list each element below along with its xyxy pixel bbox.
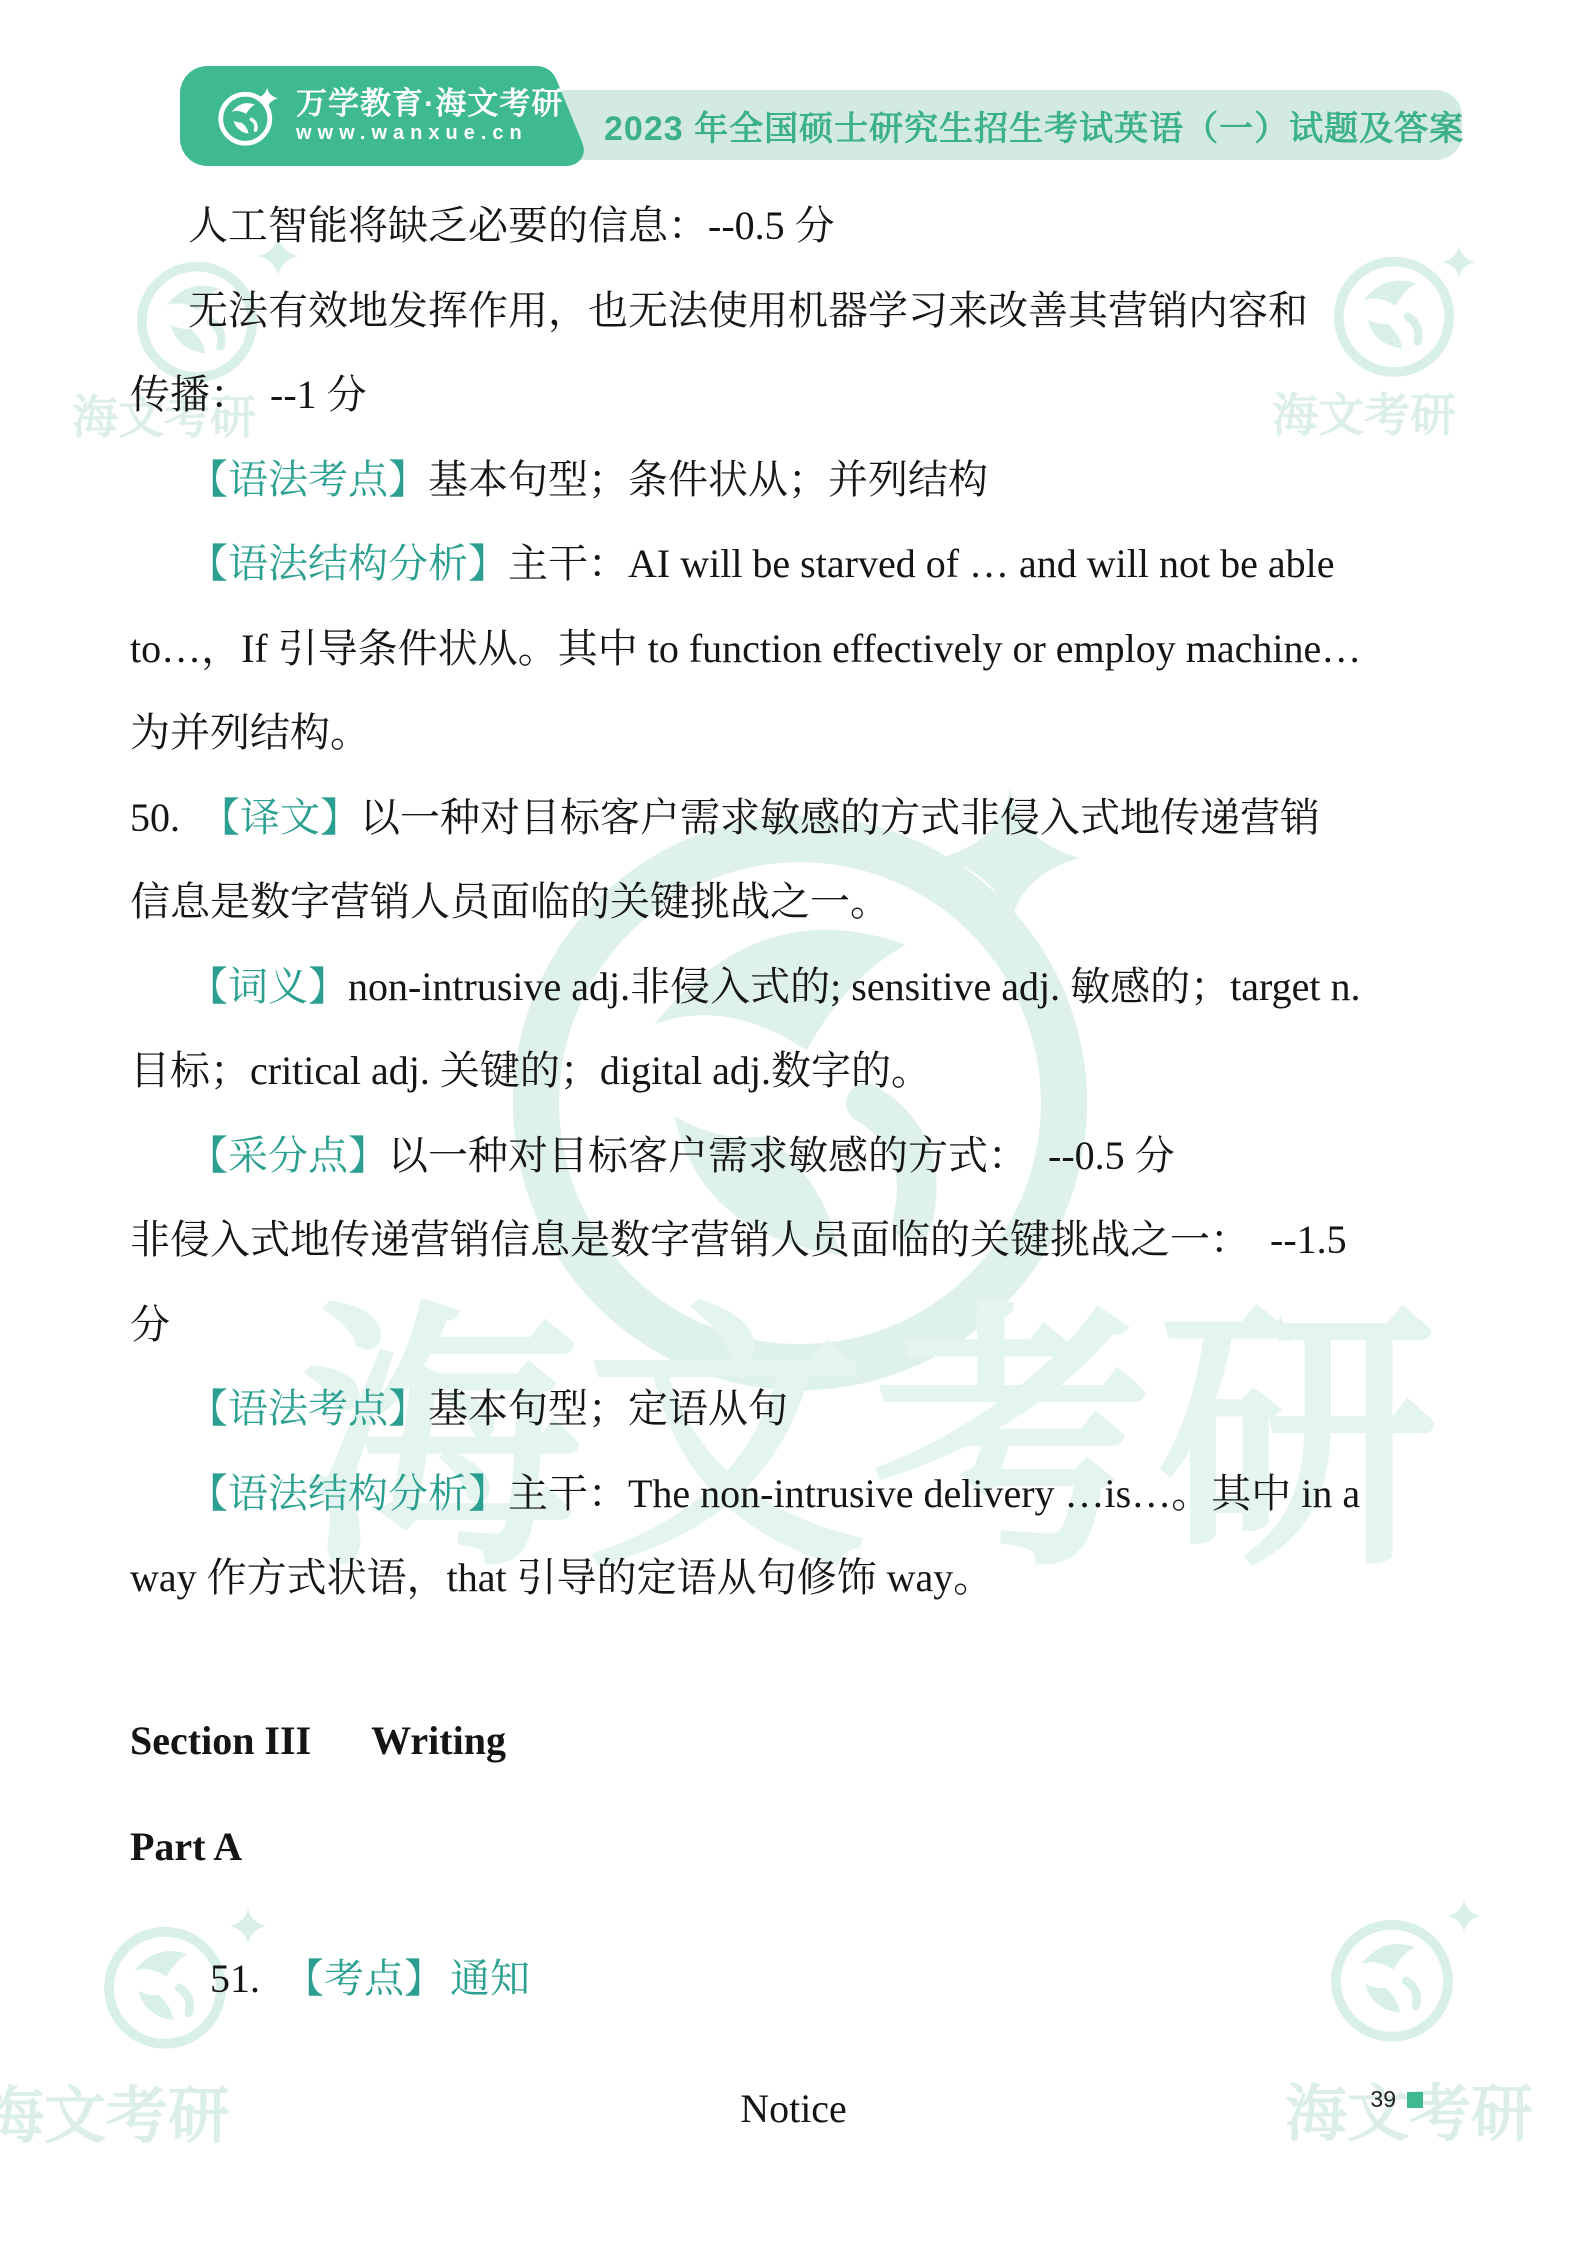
text-segment: 以一种对目标客户需求敏感的方式非侵入式地传递营销 (360, 795, 1320, 840)
document-line: to…，If 引导条件状从。其中 to function effectively… (130, 607, 1457, 692)
bracket-tag-label: 【语法结构分析】 (188, 1471, 508, 1516)
text-segment: 以一种对目标客户需求敏感的方式： --0.5 分 (388, 1133, 1175, 1178)
document-line: 【词义】non-intrusive adj.非侵入式的; sensitive a… (130, 945, 1457, 1030)
part-heading: Part A (130, 1823, 1457, 1871)
document-line: 【语法结构分析】主干：AI will be starved of … and w… (130, 522, 1457, 607)
document-line: 50.【译文】以一种对目标客户需求敏感的方式非侵入式地传递营销 (130, 776, 1457, 861)
text-segment: 信息是数字营销人员面临的关键挑战之一。 (130, 879, 890, 924)
document-line: 目标；critical adj. 关键的；digital adj.数字的。 (130, 1029, 1457, 1114)
document-line: 【采分点】以一种对目标客户需求敏感的方式： --0.5 分 (130, 1114, 1457, 1199)
bracket-tag-label: 【词义】 (188, 964, 348, 1009)
brand-name: 万学教育·海文考研 (296, 87, 563, 121)
bracket-tag-label: 【译文】 (200, 795, 360, 840)
text-segment: way 作方式状语，that 引导的定语从句修饰 way。 (130, 1555, 993, 1600)
text-segment: 基本句型；条件状从；并列结构 (428, 457, 988, 502)
notice-title: Notice (130, 2085, 1457, 2133)
brand-logo-icon (214, 82, 282, 150)
document-line: 非侵入式地传递营销信息是数字营销人员面临的关键挑战之一： --1.5 (130, 1198, 1457, 1283)
text-segment: 为并列结构。 (130, 710, 370, 755)
text-segment: 非侵入式地传递营销信息是数字营销人员面临的关键挑战之一： --1.5 (130, 1217, 1347, 1262)
item-number: 51. (210, 1956, 260, 2001)
document-line: 【语法考点】基本句型；定语从句 (130, 1367, 1457, 1452)
text-segment: 无法有效地发挥作用，也无法使用机器学习来改善其营销内容和 (188, 288, 1308, 333)
text-segment: 主干：AI will be starved of … and will not … (508, 541, 1334, 586)
text-segment: 分 (130, 1302, 170, 1347)
section-heading: Section IIIWriting (130, 1717, 1457, 1765)
bracket-tag-label: 【语法结构分析】 (188, 541, 508, 586)
text-segment: 人工智能将缺乏必要的信息：--0.5 分 (188, 203, 835, 248)
document-line: 【语法结构分析】主干：The non-intrusive delivery …i… (130, 1452, 1457, 1537)
writing-section: Section IIIWriting Part A 51.【考点】通知 Noti… (130, 1717, 1457, 2133)
document-line: 传播： --1 分 (130, 353, 1457, 438)
document-line: 信息是数字营销人员面临的关键挑战之一。 (130, 860, 1457, 945)
document-line: 【语法考点】基本句型；条件状从；并列结构 (130, 438, 1457, 523)
text-segment: to…，If 引导条件状从。其中 to function effectively… (130, 626, 1361, 671)
bracket-tag-label: 【语法考点】 (188, 457, 428, 502)
document-line: 分 (130, 1283, 1457, 1368)
header-banner: 2023 年全国硕士研究生招生考试英语（一）试题及答案 (540, 90, 1462, 160)
page-number-marker (1407, 2092, 1423, 2108)
document-line: 人工智能将缺乏必要的信息：--0.5 分 (130, 184, 1457, 269)
document-line: way 作方式状语，that 引导的定语从句修饰 way。 (130, 1536, 1457, 1621)
text-segment: non-intrusive adj.非侵入式的; sensitive adj. … (348, 964, 1360, 1009)
answer-text-block: 人工智能将缺乏必要的信息：--0.5 分无法有效地发挥作用，也无法使用机器学习来… (130, 184, 1457, 1621)
bracket-tag-label: 【采分点】 (188, 1133, 388, 1178)
page-footer: 39 (1370, 2086, 1423, 2113)
section-label: Section III (130, 1718, 311, 1763)
document-page: 海文考研 海文考研 海文考研 海文考研 海文考研 2023 年全国硕士研究生招生… (0, 0, 1587, 2245)
section-title: Writing (371, 1718, 506, 1763)
text-segment: 50. (130, 795, 180, 840)
item-51-line: 51.【考点】通知 (130, 1907, 1457, 2051)
bracket-tag-label: 【语法考点】 (188, 1386, 428, 1431)
document-line: 无法有效地发挥作用，也无法使用机器学习来改善其营销内容和 (130, 269, 1457, 354)
text-segment: 主干：The non-intrusive delivery …is…。其中 in… (508, 1471, 1360, 1516)
page-number: 39 (1370, 2086, 1396, 2113)
document-line: 为并列结构。 (130, 691, 1457, 776)
item-tag: 【考点】 (284, 1956, 444, 2001)
banner-title: 2023 年全国硕士研究生招生考试英语（一）试题及答案 (604, 101, 1464, 150)
text-segment: 传播： --1 分 (130, 372, 367, 417)
item-value: 通知 (450, 1956, 530, 2001)
brand-badge: 万学教育·海文考研 www.wanxue.cn (180, 66, 592, 166)
text-segment: 基本句型；定语从句 (428, 1386, 788, 1431)
brand-url: www.wanxue.cn (296, 121, 563, 145)
document-content: 人工智能将缺乏必要的信息：--0.5 分无法有效地发挥作用，也无法使用机器学习来… (130, 184, 1457, 2133)
text-segment: 目标；critical adj. 关键的；digital adj.数字的。 (130, 1048, 931, 1093)
